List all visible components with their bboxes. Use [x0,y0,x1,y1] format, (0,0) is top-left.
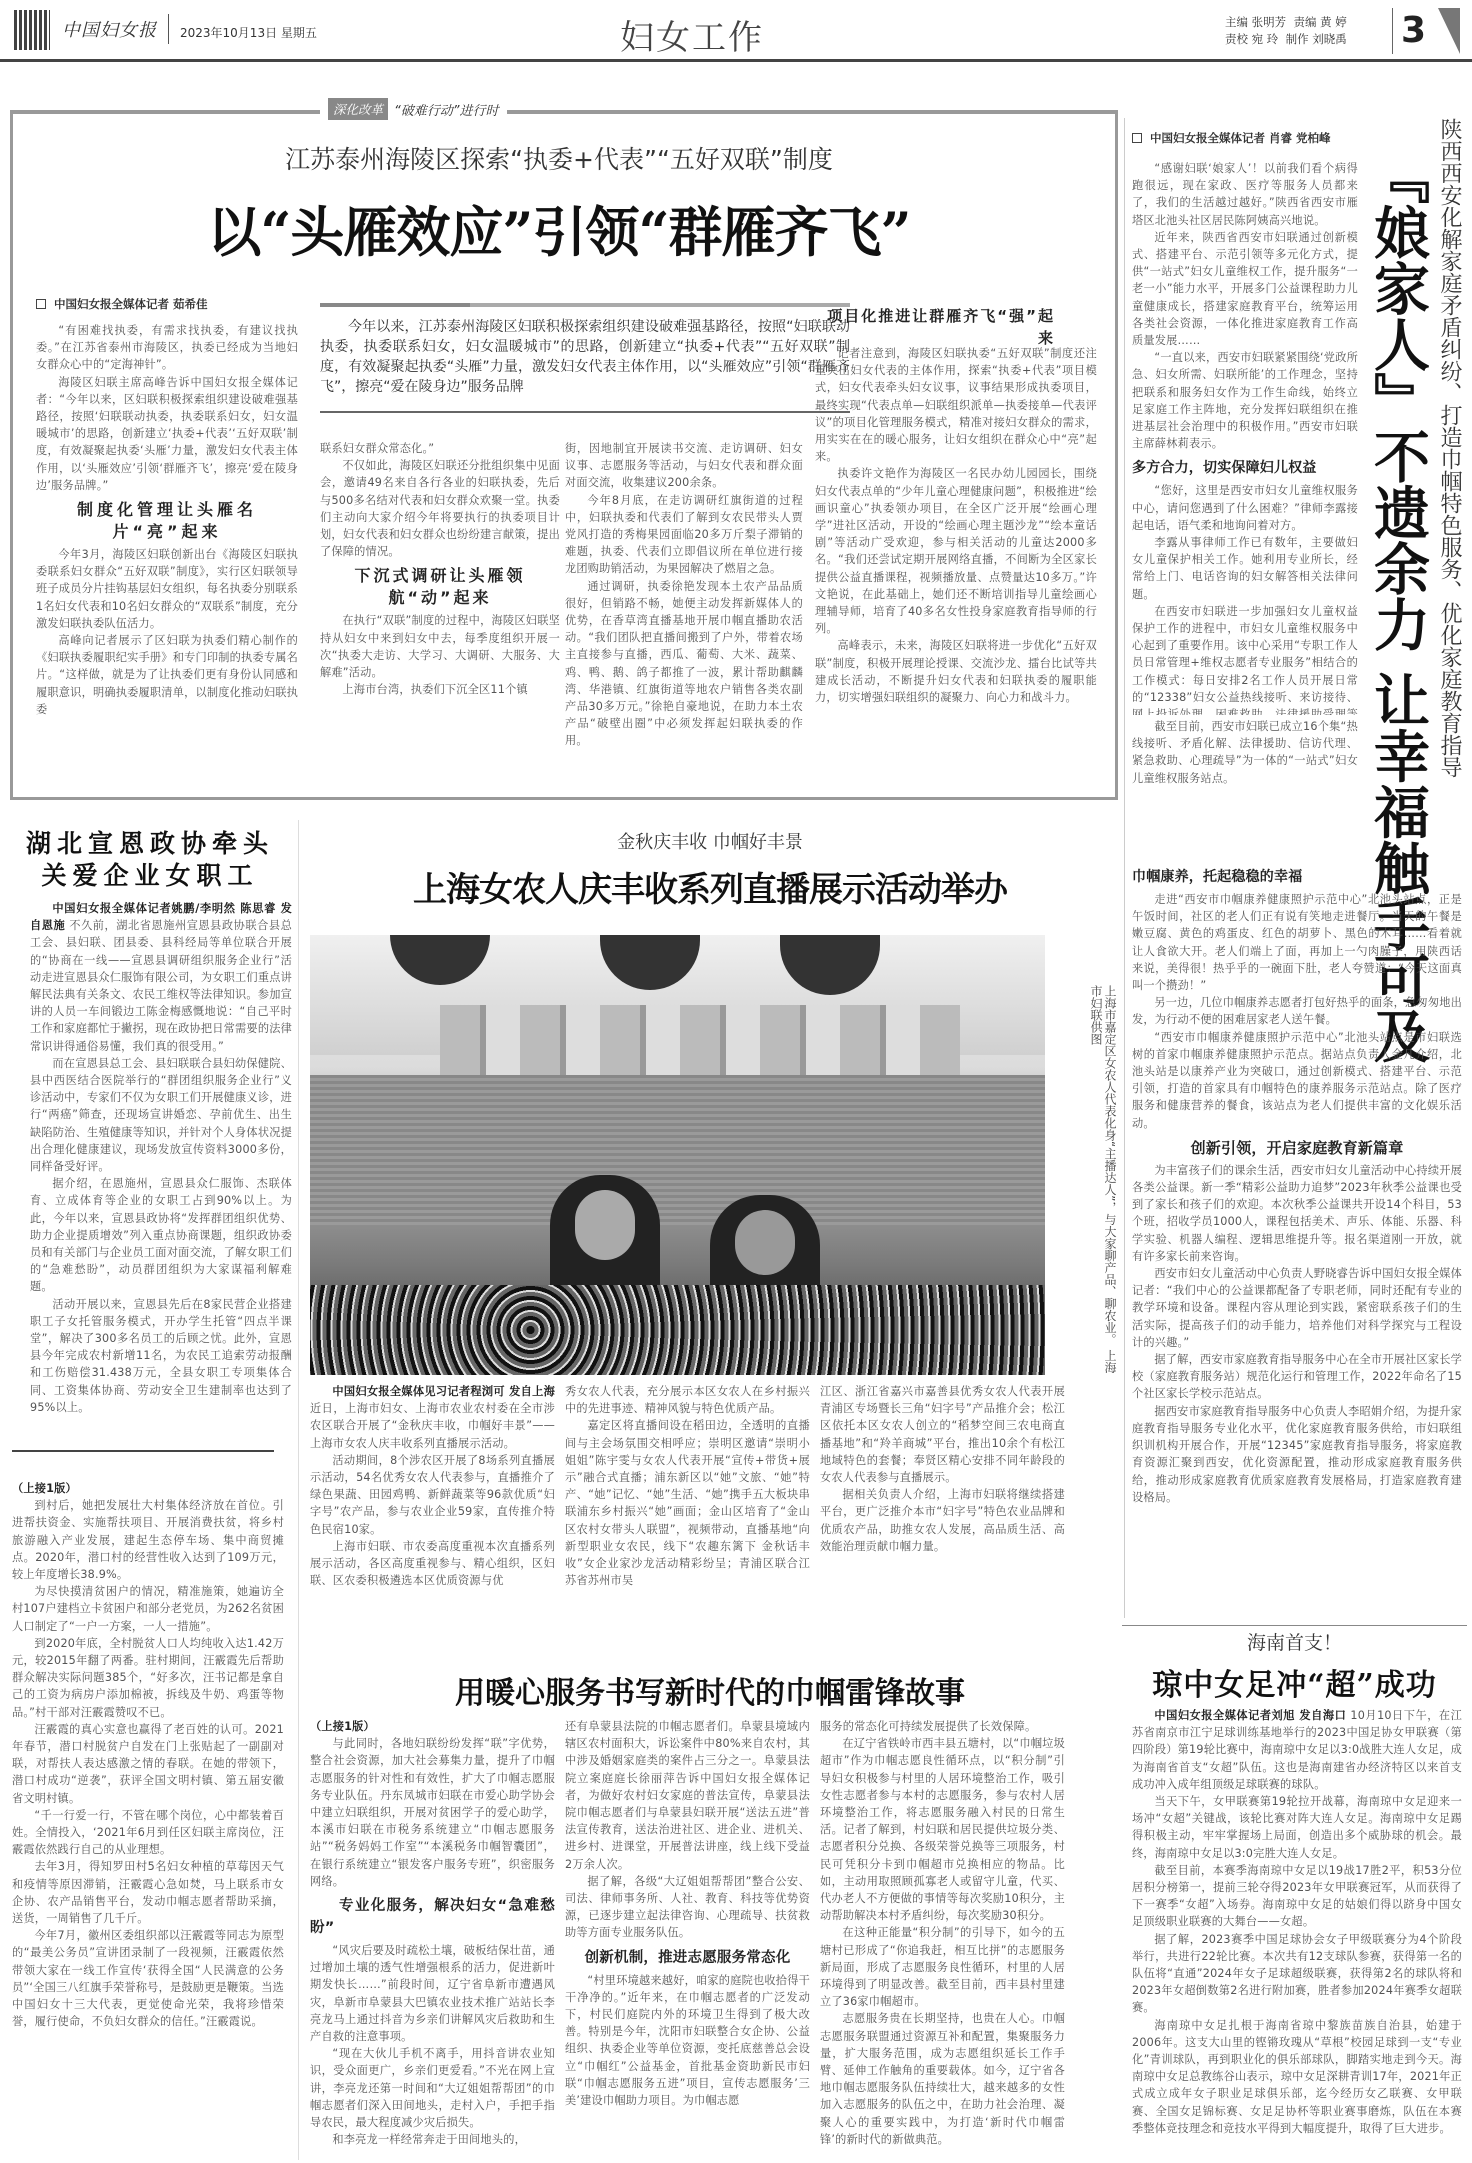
title-line: 湖北宣恩政协牵头 [20,828,280,860]
shanghai-col2: 秀女农人代表，充分展示本区女农人在乡村振兴中的先进事迹、精神风貌与特色优质产品。… [565,1383,810,1633]
top-story-title: 以“头雁效应”引领“群雁齐飞” [0,190,1118,267]
paragraph: 不仅如此，海陵区妇联还分批组织集中见面会，邀请49名来自各行各业的妇联执委，先后… [320,457,560,560]
paragraph: 汪霰霞的真心实意也赢得了老百姓的认可。2021年春节，潜口村脱贫户自发在门上张贴… [12,1721,284,1807]
deck-accent-bar [320,303,470,307]
paragraph: 近年来，陕西省西安市妇联通过创新模式、搭建平台、示范引领等多元化方式，提供“一站… [1132,229,1358,349]
shaanxi-col-a2: 截至目前，西安市妇联已成立16个集“热线接听、矛盾化解、法律援助、信访代理、紧急… [1132,718,1358,868]
paragraph: 在这种正能量“积分制”的引导下，如今的五塘村已形成了“你追我赶，相互比拼”的志愿… [820,1924,1065,2010]
paragraph: 李露从事律师工作已有数年，主要做妇女儿童保护相关工作。她利用专业所长，经常给上门… [1132,534,1358,603]
hainan-body: 中国妇女报全媒体记者刘旭 发自海口 10月10日下午，在江苏省南京市江宁足球训练… [1132,1707,1462,2162]
byline-lead: 中国妇女报全媒体见习记者程浏可 发自上海 [332,1385,555,1398]
photo-caption: 上海市嘉定区女农人代表化身“主播达人”，与大家聊产品、聊农业。 上海市妇联供图 [1047,985,1117,1375]
top-story-byline: 中国妇女报全媒体记者 茹希佳 [36,296,208,312]
hubei-body: 中国妇女报全媒体记者姚鹏/李明然 陈思睿 发自恩施 不久前，湖北省恩施州宣恩县政… [30,900,292,1440]
top-story-col2: 联系妇女群众常态化。” 不仅如此，海陵区妇联还分批组织集中见面会，邀请49名来自… [320,440,560,785]
paragraph: 据了解，各级“大辽姐姐帮帮团”整合公安、司法、律师事务所、人社、教育、科技等优势… [565,1873,810,1942]
paragraph: 今年3月，海陵区妇联创新出台《海陵区妇联执委联系妇女群众“五好双联”制度》，实行… [36,546,298,632]
paragraph: 当天下午，女甲联赛第19轮拉开战幕，海南琼中女足迎来一场冲“女超”关键战，该轮比… [1132,1793,1462,1862]
paragraph: 江区、浙江省嘉兴市嘉善县优秀女农人代表开展青浦区专场暨长三角“妇字号”产品推介会… [820,1383,1065,1486]
continued-label: （上接1版） [12,1480,284,1497]
paragraph: 据相关负责人介绍，上海市妇联将继续搭建平台，更广泛推介本市“妇字号”特色农业品牌… [820,1486,1065,1555]
divider [168,14,169,44]
subheading: 下沉式调研让头雁领航“动”起来 [320,565,560,609]
column-separator [1124,118,1125,1618]
shaanxi-vertical-subtitle: 陕西西安化解家庭矛盾纠纷、打造巾帼特色服务、优化家庭教育指导 [1436,118,1462,778]
paragraph: 西安市妇女儿童活动中心负责人野晓睿告诉中国妇女报全媒体记者：“我们中心的公益课都… [1132,1265,1462,1351]
liaoning-col3: 服务的常态化可持续发展提供了长效保障。 在辽宁省铁岭市西丰县五塘村，以“巾帼垃圾… [820,1718,1065,2158]
kicker-text: “破难行动”进行时 [394,100,498,119]
paragraph: 服务的常态化可持续发展提供了长效保障。 [820,1718,1065,1735]
top-story-col4: 记者注意到，海陵区妇联执委“五好双联”制度还注重突出妇女代表的主体作用，探索“执… [815,345,1097,785]
shaanxi-col-b: 巾帼康养，托起稳稳的幸福 走进“西安市巾帼康养健康照护示范中心”北池头站点，正是… [1132,866,1462,1636]
paragraph: 为丰富孩子们的课余生活，西安市妇女儿童活动中心持续开展各类公益课。新一季“精彩公… [1132,1162,1462,1265]
paragraph: 近日，上海市妇女、上海市农业农村委在全市涉农区联合开展了“金秋庆丰收，巾帼好丰景… [310,1402,555,1449]
paragraph: 和李亮龙一样经常奔走于田间地头的， [310,2131,555,2148]
top-story-subtitle: 江苏泰州海陵区探索“执委+代表”“五好双联”制度 [0,140,1118,176]
paragraph: “西安市巾帼康养健康照护示范中心”北池头站点是市妇联选树的首家巾帼康养健康照护示… [1132,1029,1462,1132]
paragraph: “有困难找执委，有需求找执委，有建议找执委。”在江苏省泰州市海陵区，执委已经成为… [36,322,298,374]
paragraph: 上海市妇联、市农委高度重视本次直播系列展示活动，各区高度重视参与、精心组织，区妇… [310,1538,555,1590]
byline-text: 中国妇女报全媒体记者 肖睿 党柏峰 [1150,131,1331,145]
shaanxi-col-a: “感谢妇联‘娘家人’！以前我们看个病得跑很远，现在家政、医疗等服务人员都来了，我… [1132,160,1358,715]
section-title: 妇女工作 [620,10,764,59]
paragraph: 与此同时，各地妇联纷纷发挥“联”字优势，整合社会资源，加大社会募集力量，提升了巾… [310,1735,555,1890]
top-story-col1: “有困难找执委，有需求找执委，有建议找执委。”在江苏省泰州市海陵区，执委已经成为… [36,322,298,782]
paragraph: 通过调研，执委徐艳发现本土农产品品质很好，但销路不畅，她便主动发挥新媒体人的优势… [565,578,803,750]
paragraph: 据了解，西安市家庭教育指导服务中心在全市开展社区家长学校（家庭教育服务站）规范化… [1132,1351,1462,1403]
byline-text: 中国妇女报全媒体记者 茹希佳 [54,297,208,311]
top-story-deck: 今年以来，江苏泰州海陵区妇联积极探索组织建设破难强基路径，按照“妇联联动执委，执… [320,303,850,413]
paragraph: 秀女农人代表，充分展示本区女农人在乡村振兴中的先进事迹、精神风貌与特色优质产品。 [565,1383,810,1417]
paragraph: 据西安市家庭教育指导服务中心负责人李昭娟介绍，为提升家庭教育指导服务专业化水平，… [1132,1403,1462,1506]
paragraph: 而在宣恩县总工会、县妇联联合县妇幼保健院、县中西医结合医院举行的“群团组织服务企… [30,1055,292,1175]
rice-field [310,1075,1045,1225]
masthead: 中国妇女报 2023年10月13日 星期五 妇女工作 主编 张明芳 责编 黄 婷… [0,0,1472,62]
host-face-right [735,1210,795,1275]
paragraph: 活动开展以来，宣恩县先后在8家民营企业搭建职工子女托管服务模式，开办学生托管“四… [30,1296,292,1416]
shanghai-col3: 江区、浙江省嘉兴市嘉善县优秀女农人代表开展青浦区专场暨长三角“妇字号”产品推介会… [820,1383,1065,1633]
paragraph: 走进“西安市巾帼康养健康照护示范中心”北池头站点，正是午饭时间，社区的老人们正有… [1132,891,1462,994]
paragraph: 记者注意到，海陵区妇联执委“五好双联”制度还注重突出妇女代表的主体作用，探索“执… [815,345,1097,465]
liaoning-col1: （上接1版） 与此同时，各地妇联纷纷发挥“联”字优势，整合社会资源，加大社会募集… [310,1718,555,2158]
continued-left-body: （上接1版） 到村后，她把发展壮大村集体经济放在首位。引进帮扶资金、实施帮扶项目… [12,1480,284,2160]
checkbox-square-icon [36,299,46,309]
subheading: 项目化推进让群雁齐飞“强”起来 [815,305,1055,349]
hubei-title: 湖北宣恩政协牵头 关爱企业女职工 [20,828,280,892]
paragraph: 高峰表示，未来，海陵区妇联将进一步优化“五好双联”制度，积极开展理论授课、交流沙… [815,637,1097,706]
top-story-col3: 街，因地制宜开展读书交流、走访调研、妇女议事、志愿服务等活动，与妇女代表和群众面… [565,440,803,785]
deck-text: 今年以来，江苏泰州海陵区妇联积极探索组织建设破难强基路径，按照“妇联联动执委，执… [320,317,850,397]
shanghai-col1: 中国妇女报全媒体见习记者程浏可 发自上海 近日，上海市妇女、上海市农业农村委在全… [310,1383,555,1633]
paragraph: 志愿服务贵在长期坚持，也贵在人心。巾帼志愿服务联盟通过资源互补和配置，集聚服务力… [820,2010,1065,2148]
column-kicker: 深化改革 “破难行动”进行时 [320,98,507,120]
paragraph: 去年3月，得知罗田村5名妇女种植的草莓因天气和疫情等原因滞销，汪霰霞心急如焚，马… [12,1858,284,1927]
photo-livestream-icon [310,935,1045,1375]
paragraph: 不久前，湖北省恩施州宣恩县政协联合县总工会、县妇联、团县委、县科经局等单位联合开… [30,919,292,1052]
paragraph: 在辽宁省铁岭市西丰县五塘村，以“巾帼垃圾超市”作为巾帼志愿良性循环点，以“积分制… [820,1735,1065,1924]
shaanxi-byline: 中国妇女报全媒体记者 肖睿 党柏峰 [1132,130,1331,146]
paragraph: 今年8月底，在走访调研红旗街道的过程中，妇联执委和代表们了解到女农民带头人贾党风… [565,492,803,578]
paragraph: 截至目前，本赛季海南琼中女足以19战17胜2平，积53分位居积分榜第一，提前三轮… [1132,1862,1462,1931]
newspaper-logo: 中国妇女报 [62,16,157,42]
paragraph: “千一行爱一行，不管在哪个岗位，心中都装着百姓。全情投入，‘2021年6月到任区… [12,1807,284,1859]
subheading: 制度化管理让头雁名片“亮”起来 [36,499,298,543]
paragraph: 执委许文艳作为海陵区一名民办幼儿园园长，围绕妇女代表点单的“少年儿童心理健康问题… [815,465,1097,637]
editor-credits: 主编 张明芳 责编 黄 婷 责校 宛 玲 制作 刘晓禹 [1225,14,1347,48]
patterned-tablecloth [310,1285,1045,1375]
paragraph: 在执行“双联”制度的过程中，海陵区妇联坚持从妇女中来到妇女中去，每季度组织开展一… [320,612,560,681]
continued-label: （上接1版） [310,1718,555,1735]
paragraph: 为尽快摸清贫困户的情况，精准施策，她遍访全村107户建档立卡贫困户和部分老党员，… [12,1583,284,1635]
divider [1122,1625,1467,1626]
hainan-subtitle: 海南首支！ [1122,1628,1467,1655]
host-face-left [575,1190,635,1260]
paragraph: 截至目前，西安市妇联已成立16个集“热线接听、矛盾化解、法律援助、信访代理、紧急… [1132,718,1358,787]
paragraph: 到村后，她把发展壮大村集体经济放在首位。引进帮扶资金、实施帮扶项目、开展消费扶贫… [12,1497,284,1583]
paragraph: 还有阜蒙县法院的巾帼志愿者们。阜蒙县境域内辖区农村面积大，诉讼案件中80%来自农… [565,1718,810,1873]
paragraph: 今年7月，徽州区委组织部以汪霰霞等同志为原型的“最美公务员”宣讲团录制了一段视频… [12,1927,284,2030]
paragraph: “感谢妇联‘娘家人’！以前我们看个病得跑很远，现在家政、医疗等服务人员都来了，我… [1132,160,1358,229]
subheading: 创新机制，推进志愿服务常态化 [565,1947,810,1969]
paragraph: 嘉定区将直播间设在稻田边，全透明的直播间与主会场氛围交相呼应；崇明区邀请“崇明小… [565,1417,810,1589]
liaoning-col2: 还有阜蒙县法院的巾帼志愿者们。阜蒙县境域内辖区农村面积大，诉讼案件中80%来自农… [565,1718,810,2158]
paragraph: 海陵区妇联主席高峰告诉中国妇女报全媒体记者：“今年以来，区妇联积极探索组织建设破… [36,374,298,494]
hainan-title: 琼中女足冲“超”成功 [1122,1660,1467,1704]
paragraph: 海南琼中女足扎根于海南省琼中黎族苗族自治县，始建于2006年。这支大山里的铿锵玫… [1132,2017,1462,2137]
paragraph: “您好，这里是西安市妇女儿童维权服务中心，请问您遇到了什么困难？”律师李露接起电… [1132,482,1358,534]
column-separator [298,820,299,2160]
liaoning-title: 用暖心服务书写新时代的巾帼雷锋故事 [300,1668,1120,1712]
paragraph: 联系妇女群众常态化。” [320,440,560,457]
paragraph: 活动期间，8个涉农区开展了8场系列直播展示活动，54名优秀女农人代表参与，直播推… [310,1452,555,1538]
paragraph: 另一边，几位巾帼康养志愿者打包好热乎的面条，急匆匆地出发，为行动不便的困难居家老… [1132,994,1462,1028]
title-line: 关爱企业女职工 [20,860,280,892]
paragraph: 高峰向记者展示了区妇联为执委们精心制作的《妇联执委履职纪实手册》和专门印制的执委… [36,632,298,718]
village-buildings [440,1005,960,1075]
issue-date: 2023年10月13日 星期五 [180,24,317,41]
paragraph: “风灾后要及时疏松土壤，破板结保壮苗，通过增加土壤的透气性增强根系的活力，促进新… [310,1942,555,2045]
paragraph: 据了解，2023赛季中国足球协会女子甲级联赛分为4个阶段举行，共进行22轮比赛。… [1132,1931,1462,2017]
checkbox-square-icon [1132,133,1142,143]
subheading: 巾帼康养，托起稳稳的幸福 [1132,866,1462,888]
subheading: 专业化服务，解决妇女“急难愁盼” [310,1895,555,1939]
divider [12,1450,274,1452]
page-number: 3 [1392,8,1438,54]
paragraph: “一直以来，西安市妇联紧紧围绕‘党政所急、妇女所需、妇联所能’的工作理念，坚持把… [1132,349,1358,452]
paragraph: 到2020年底，全村脱贫人口人均纯收入达1.42万元，较2015年翻了两番。驻村… [12,1635,284,1721]
qr-code-icon[interactable] [14,10,50,50]
paragraph: “村里环境越来越好，咱家的庭院也收拾得干干净净的。”近年来，在巾帼志愿者的广泛发… [565,1972,810,2110]
subheading: 多方合力，切实保障妇儿权益 [1132,457,1358,479]
shanghai-subtitle: 金秋庆丰收 巾帼好丰景 [300,828,1120,854]
paragraph: “现在大伙儿手机不离手，用抖音讲农业知识，受众面更广，乡亲们更爱看。”不光在网上… [310,2045,555,2131]
subheading: 创新引领，开启家庭教育新篇章 [1132,1137,1462,1159]
paragraph: 在西安市妇联进一步加强妇女儿童权益保护工作的进程中，市妇女儿童维权服务中心起到了… [1132,603,1358,715]
paragraph: 据介绍，在恩施州，宣恩县众仁服饰、杰联体育、立成体育等企业的女职工占到90%以上… [30,1175,292,1295]
page-corner-decoration [1438,8,1460,54]
paragraph: 街，因地制宜开展读书交流、走访调研、妇女议事、志愿服务等活动，与妇女代表和群众面… [565,440,803,492]
kicker-tag: 深化改革 [328,98,388,120]
paragraph: 上海市台湾，执委们下沉全区11个镇 [320,681,560,698]
shanghai-title: 上海女农人庆丰收系列直播展示活动举办 [300,862,1120,911]
byline-lead: 中国妇女报全媒体记者刘旭 发自海口 [1154,1709,1346,1722]
